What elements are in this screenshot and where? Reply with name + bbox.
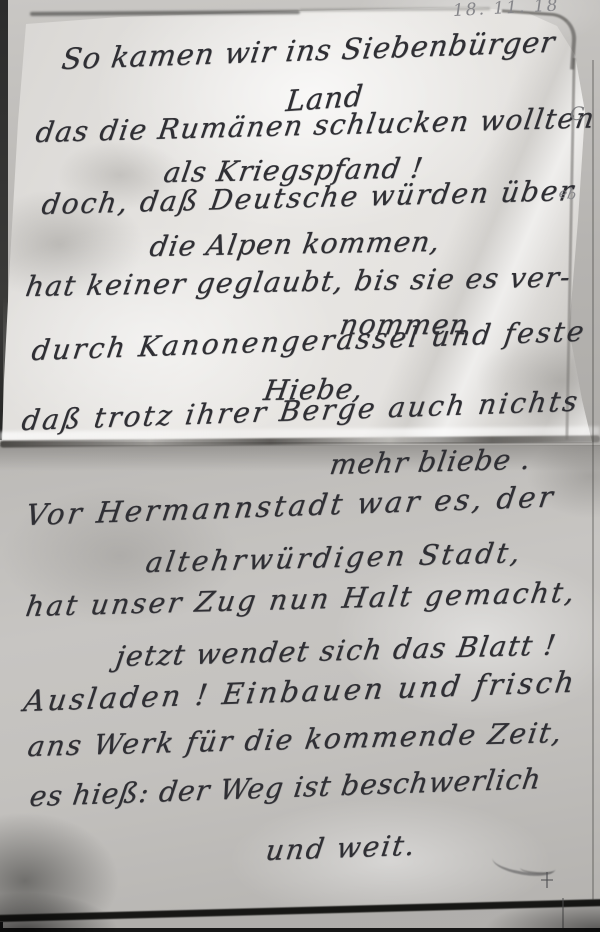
under-sheet-edge-mark (562, 898, 564, 928)
pencil-cross-mark-bar (541, 879, 553, 881)
handwritten-line-20: und weit. (264, 829, 419, 867)
manuscript-photo: So kamen wir ins Siebenbürger Land das d… (0, 0, 600, 932)
under-sheet-right-edge (592, 60, 594, 900)
handwritten-line-6: die Alpen kommen, (147, 225, 443, 263)
pencil-margin-mark-c: C (570, 103, 585, 125)
pencil-margin-mark-eb: eb (558, 185, 578, 204)
handwritten-line-12: mehr bliebe . (328, 443, 534, 481)
